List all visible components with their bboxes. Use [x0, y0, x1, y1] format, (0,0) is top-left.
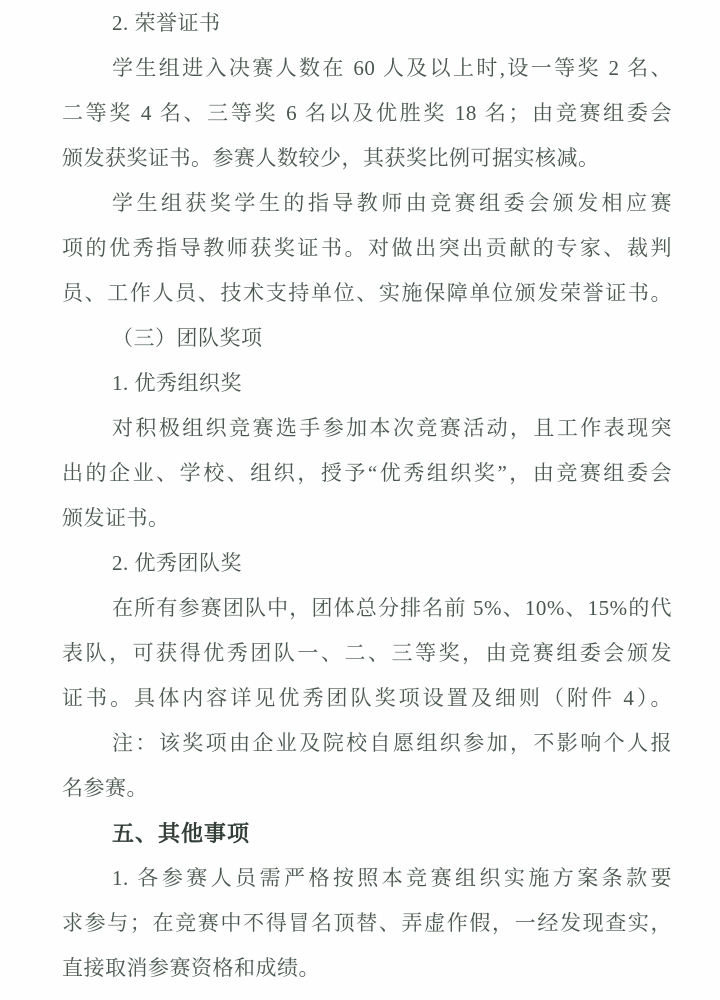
text-line: 在所有参赛团队中，团体总分排名前 5%、10%、15%的代	[62, 586, 672, 631]
text-line: 学生组获奖学生的指导教师由竞赛组委会颁发相应赛	[62, 181, 672, 226]
text-line: 二等奖 4 名、三等奖 6 名以及优胜奖 18 名；由竞赛组委会	[62, 91, 672, 136]
text-line: 1. 各参赛人员需严格按照本竞赛组织实施方案条款要	[62, 856, 672, 901]
text-line: 学生组进入决赛人数在 60 人及以上时,设一等奖 2 名、	[62, 46, 672, 91]
text-line: 1. 优秀组织奖	[62, 361, 672, 406]
text-line: 颁发获奖证书。参赛人数较少，其获奖比例可据实核减。	[62, 136, 672, 181]
scanned-document-page: 2. 荣誉证书学生组进入决赛人数在 60 人及以上时,设一等奖 2 名、二等奖 …	[0, 0, 720, 1000]
text-line: 员、工作人员、技术支持单位、实施保障单位颁发荣誉证书。	[62, 271, 672, 316]
text-line: 表队，可获得优秀团队一、二、三等奖，由竞赛组委会颁发	[62, 631, 672, 676]
text-line: 颁发证书。	[62, 496, 672, 541]
text-line: （三）团队奖项	[62, 316, 672, 361]
text-line: 2. 优秀团队奖	[62, 541, 672, 586]
document-text-block: 2. 荣誉证书学生组进入决赛人数在 60 人及以上时,设一等奖 2 名、二等奖 …	[62, 1, 672, 991]
text-line: 注：该奖项由企业及院校自愿组织参加，不影响个人报	[62, 721, 672, 766]
text-line: 证书。具体内容详见优秀团队奖项设置及细则（附件 4）。	[62, 676, 672, 721]
text-line: 出的企业、学校、组织，授予“优秀组织奖”，由竞赛组委会	[62, 451, 672, 496]
text-line: 直接取消参赛资格和成绩。	[62, 946, 672, 991]
text-line: 项的优秀指导教师获奖证书。对做出突出贡献的专家、裁判	[62, 226, 672, 271]
text-line: 求参与；在竞赛中不得冒名顶替、弄虚作假，一经发现查实，	[62, 901, 672, 946]
text-line: 名参赛。	[62, 766, 672, 811]
section-heading: 五、其他事项	[62, 811, 672, 856]
text-line: 对积极组织竞赛选手参加本次竞赛活动，且工作表现突	[62, 406, 672, 451]
text-line: 2. 荣誉证书	[62, 1, 672, 46]
